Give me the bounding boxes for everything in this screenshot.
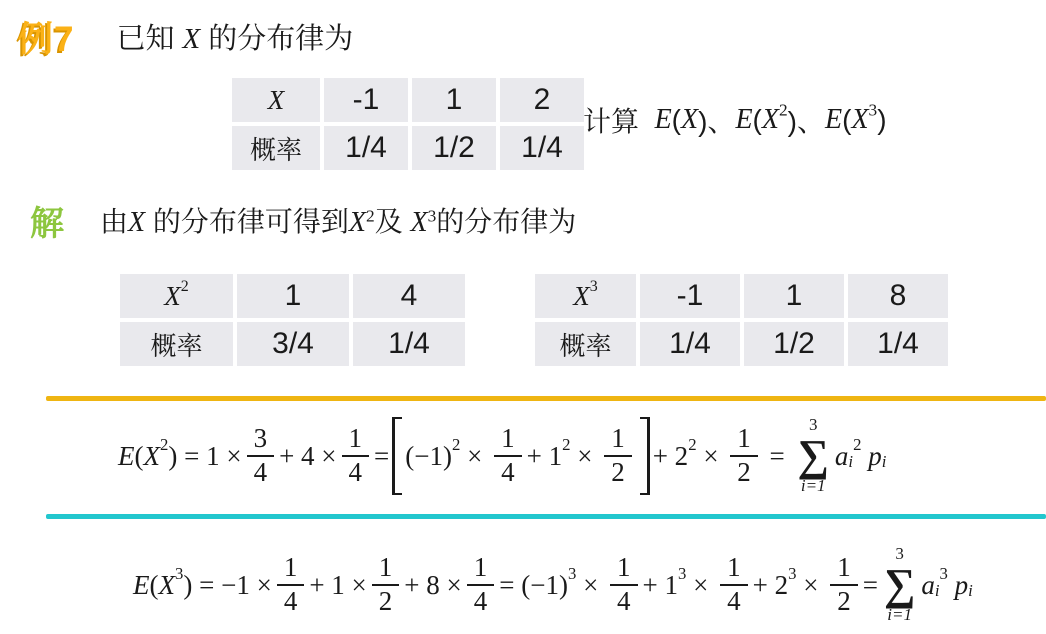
sigma-icon: ∑ — [884, 564, 915, 606]
table-value-cell: 2 — [500, 78, 584, 122]
summation: 3∑i=1 — [798, 416, 829, 495]
denominator: 4 — [247, 455, 275, 488]
math-token: 3 — [428, 206, 437, 226]
fraction: 14 — [277, 553, 305, 616]
math-token: + 2 — [753, 570, 788, 601]
table-value-cell: 1 — [744, 274, 844, 318]
math-token: X — [128, 207, 145, 238]
probability-label-cell: 概率 — [535, 322, 636, 366]
math-token: E — [825, 104, 842, 136]
math-token: + 1 — [643, 570, 678, 601]
math-token: ) = 1 × — [168, 441, 241, 472]
given-text: 已知 X 的分布律为 — [116, 16, 353, 57]
math-token: 3 — [788, 564, 796, 584]
denominator: 4 — [342, 455, 370, 488]
math-token: X — [762, 104, 779, 136]
math-token: + 4 × — [279, 441, 336, 472]
fraction: 12 — [604, 424, 632, 487]
math-token: ( — [753, 104, 762, 136]
math-token: = — [863, 570, 878, 601]
slide: 例7 已知 X 的分布律为 X-112概率1/41/21/4 计算 E(X)、E… — [0, 0, 1046, 634]
table-probability-cell: 1/4 — [640, 322, 740, 366]
numerator: 1 — [467, 553, 495, 584]
math-token: E — [133, 570, 150, 601]
table-value-cell: -1 — [324, 78, 408, 122]
math-token: × — [686, 570, 715, 601]
variable-power: 3 — [590, 278, 598, 296]
denominator: 2 — [604, 455, 632, 488]
fraction: 14 — [467, 553, 495, 616]
gold-divider-line — [46, 396, 1046, 401]
numerator: 1 — [277, 553, 305, 584]
numerator: 1 — [720, 553, 748, 584]
probability-label-cell: 概率 — [232, 126, 320, 170]
math-token: X — [410, 207, 427, 238]
denominator: 4 — [277, 584, 305, 617]
variable-power: 2 — [181, 278, 189, 296]
math-token: 3 — [678, 564, 686, 584]
table-probability-cell: 1/4 — [500, 126, 584, 170]
formula-expectation-x3: E(X3) = −1 ×14+ 1 ×12+ 8 ×14= (−1)3 × 14… — [133, 537, 973, 633]
math-token: a — [921, 570, 935, 601]
math-token: p — [948, 570, 968, 601]
table-value-cell: -1 — [640, 274, 740, 318]
compute-task-text: 计算 E(X)、E(X2)、E(X3) — [583, 100, 887, 140]
denominator: 2 — [730, 455, 758, 488]
denominator: 4 — [720, 584, 748, 617]
math-token: ) = −1 × — [183, 570, 271, 601]
math-token: + 2 — [653, 441, 688, 472]
summation: 3∑i=1 — [884, 545, 915, 624]
math-token: X — [681, 104, 698, 136]
math-token: 3 — [869, 100, 878, 120]
table-value-cell: 1 — [237, 274, 349, 318]
sum-lower-limit: i=1 — [887, 606, 912, 625]
math-token: E — [118, 441, 135, 472]
table-probability-cell: 1/4 — [324, 126, 408, 170]
math-token: )、 — [698, 100, 735, 140]
math-token: ( — [150, 570, 159, 601]
math-token: p — [861, 441, 881, 472]
numerator: 3 — [247, 424, 275, 455]
left-bracket — [392, 417, 402, 495]
math-token: X — [851, 104, 868, 136]
math-token: ( — [135, 441, 144, 472]
fraction: 12 — [372, 553, 400, 616]
math-token: × — [797, 570, 826, 601]
math-token: 的分布律可得到 — [145, 206, 349, 237]
math-token: × — [570, 441, 599, 472]
fraction: 12 — [730, 424, 758, 487]
math-token: 计算 — [583, 100, 655, 140]
math-token: × — [576, 570, 605, 601]
table-variable-cell: X2 — [120, 274, 233, 318]
math-token: 2 — [366, 206, 375, 226]
fraction: 14 — [342, 424, 370, 487]
fraction: 14 — [610, 553, 638, 616]
denominator: 4 — [610, 584, 638, 617]
math-token: (−1) — [405, 441, 452, 472]
denominator: 2 — [830, 584, 858, 617]
math-token: 及 — [375, 206, 411, 237]
numerator: 1 — [730, 424, 758, 455]
distribution-table-x2: X214概率3/41/4 — [120, 274, 465, 366]
math-token: 2 — [452, 435, 460, 455]
solution-label: 解 — [30, 196, 64, 245]
math-token: a — [835, 441, 849, 472]
math-token: i — [968, 581, 973, 601]
table-probability-cell: 1/4 — [848, 322, 948, 366]
variable-name: X — [164, 281, 181, 312]
formula-expectation-x2: E(X2) = 1 ×34+ 4 ×14=(−1)2 × 14+ 12 × 12… — [118, 408, 886, 504]
fraction: 14 — [494, 424, 522, 487]
right-bracket — [640, 417, 650, 495]
distribution-table-x3: X3-118概率1/41/21/4 — [535, 274, 948, 366]
math-token: )、 — [788, 100, 825, 140]
table-value-cell: 1 — [412, 78, 496, 122]
math-token: ( — [672, 104, 681, 136]
table-variable-cell: X — [232, 78, 320, 122]
cyan-divider-line — [46, 514, 1046, 519]
math-token: X — [144, 441, 161, 472]
math-token: ) — [877, 104, 886, 136]
solution-text: 由X 的分布律可得到X2及 X3的分布律为 — [100, 200, 576, 240]
math-token: X — [183, 23, 201, 55]
math-token: E — [655, 104, 672, 136]
math-token: + 1 × — [309, 570, 366, 601]
table-value-cell: 8 — [848, 274, 948, 318]
math-token: 2 — [853, 435, 861, 455]
math-token: i — [882, 452, 887, 472]
fraction: 12 — [830, 553, 858, 616]
math-token: × — [697, 441, 726, 472]
math-token: = — [374, 441, 389, 472]
numerator: 1 — [342, 424, 370, 455]
sigma-icon: ∑ — [798, 435, 829, 477]
denominator: 2 — [372, 584, 400, 617]
table-probability-cell: 1/2 — [412, 126, 496, 170]
example-header: 例7 已知 X 的分布律为 — [18, 12, 353, 62]
numerator: 1 — [494, 424, 522, 455]
math-token: 3 — [568, 564, 576, 584]
numerator: 1 — [830, 553, 858, 584]
probability-label-cell: 概率 — [120, 322, 233, 366]
numerator: 1 — [372, 553, 400, 584]
math-token: 2 — [688, 435, 696, 455]
table-value-cell: 4 — [353, 274, 465, 318]
variable-name: X — [573, 281, 590, 312]
math-token: X — [349, 207, 366, 238]
sum-lower-limit: i=1 — [801, 477, 826, 496]
math-token: 3 — [175, 564, 183, 584]
denominator: 4 — [467, 584, 495, 617]
math-token: 2 — [779, 100, 788, 120]
example-label: 例7 — [18, 12, 74, 62]
math-token: 3 — [940, 564, 948, 584]
math-token: 2 — [562, 435, 570, 455]
math-token: 已知 — [116, 23, 182, 55]
math-token: + 1 — [527, 441, 562, 472]
math-token: + 8 × — [404, 570, 461, 601]
variable-name: X — [268, 85, 285, 116]
table-probability-cell: 1/4 — [353, 322, 465, 366]
math-token: = (−1) — [499, 570, 568, 601]
math-token: 2 — [160, 435, 168, 455]
solution-header: 解 由X 的分布律可得到X2及 X3的分布律为 — [30, 196, 576, 245]
numerator: 1 — [604, 424, 632, 455]
numerator: 1 — [610, 553, 638, 584]
math-token: = — [763, 441, 792, 472]
table-probability-cell: 3/4 — [237, 322, 349, 366]
denominator: 4 — [494, 455, 522, 488]
math-token: × — [460, 441, 489, 472]
fraction: 34 — [247, 424, 275, 487]
math-token: 的分布律为 — [436, 206, 576, 237]
table-probability-cell: 1/2 — [744, 322, 844, 366]
fraction: 14 — [720, 553, 748, 616]
math-token: E — [735, 104, 752, 136]
table-variable-cell: X3 — [535, 274, 636, 318]
math-token: X — [159, 570, 176, 601]
math-token: 由 — [100, 206, 128, 237]
math-token: 的分布律为 — [200, 23, 353, 55]
distribution-table-x: X-112概率1/41/21/4 — [232, 78, 584, 170]
